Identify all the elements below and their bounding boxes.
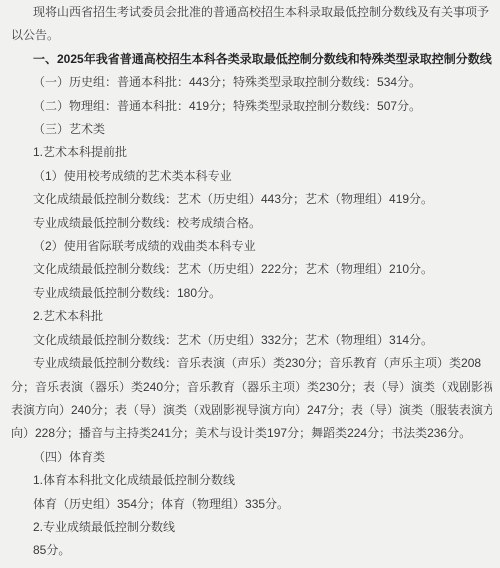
text-line: 1.艺术本科提前批 bbox=[11, 141, 492, 164]
text-line: 现将山西省招生考试委员会批准的普通高校招生本科录取最低控制分数线及有关事项予 bbox=[11, 1, 492, 24]
text-line: （1）使用校考成绩的艺术类本科专业 bbox=[11, 165, 492, 188]
text-line: 分；音乐表演（器乐）类240分；音乐教育（器乐主项）类230分；表（导）演类（戏… bbox=[11, 376, 492, 399]
text-line: 2.艺术本科批 bbox=[11, 305, 492, 328]
text-line: （2）使用省际联考成绩的戏曲类本科专业 bbox=[11, 235, 492, 258]
text-line: （四）体育类 bbox=[11, 446, 492, 469]
text-line: （三）艺术类 bbox=[11, 118, 492, 141]
section-heading-line: 一、2025年我省普通高校招生本科各类录取最低控制分数线和特殊类型录取控制分数线 bbox=[11, 48, 492, 71]
text-line: 向）228分；播音与主持类241分；美术与设计类197分；舞蹈类224分；书法类… bbox=[11, 422, 492, 445]
text-line: （二）物理组：普通本科批：419分；特殊类型录取控制分数线：507分。 bbox=[11, 95, 492, 118]
text-line: 文化成绩最低控制分数线：艺术（历史组）443分；艺术（物理组）419分。 bbox=[11, 188, 492, 211]
text-line: 表演方向）240分；表（导）演类（戏剧影视导演方向）247分；表（导）演类（服装… bbox=[11, 399, 492, 422]
text-line: 2.专业成绩最低控制分数线 bbox=[11, 516, 492, 539]
text-line: 文化成绩最低控制分数线：艺术（历史组）222分；艺术（物理组）210分。 bbox=[11, 258, 492, 281]
announcement-document: 现将山西省招生考试委员会批准的普通高校招生本科录取最低控制分数线及有关事项予以公… bbox=[0, 0, 500, 568]
text-line: 以公告。 bbox=[11, 24, 492, 47]
text-line: （一）历史组：普通本科批：443分；特殊类型录取控制分数线：534分。 bbox=[11, 71, 492, 94]
text-line: 文化成绩最低控制分数线：艺术（历史组）332分；艺术（物理组）314分。 bbox=[11, 329, 492, 352]
text-line: 1.体育本科批文化成绩最低控制分数线 bbox=[11, 469, 492, 492]
text-line: 体育（历史组）354分；体育（物理组）335分。 bbox=[11, 493, 492, 516]
text-line: 85分。 bbox=[11, 539, 492, 562]
text-line: 专业成绩最低控制分数线：音乐表演（声乐）类230分；音乐教育（声乐主项）类208 bbox=[11, 352, 492, 375]
text-line: 专业成绩最低控制分数线：180分。 bbox=[11, 282, 492, 305]
text-line: 专业成绩最低控制分数线：校考成绩合格。 bbox=[11, 212, 492, 235]
